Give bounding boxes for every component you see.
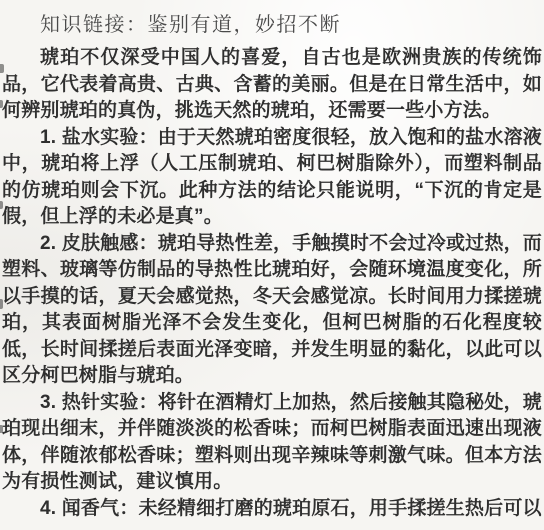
section-heading: 知识链接：鉴别有道，妙招不断 xyxy=(2,10,542,38)
scan-artifact xyxy=(0,64,4,73)
paragraph-skin-touch-test: 2. 皮肤触感：琥珀导热性差，手触摸时不会过冷或过热，而塑料、玻璃等仿制品的导热… xyxy=(2,231,542,390)
scan-artifact xyxy=(0,425,3,433)
paragraph-salt-water-test: 1. 盐水实验：由于天然琥珀密度很轻，放入饱和的盐水溶液中，琥珀将上浮（人工压制… xyxy=(2,125,542,231)
paragraph-smell-test: 4. 闻香气：未经精细打磨的琥珀原石，用手揉搓生热后可以 xyxy=(2,496,542,523)
scan-artifact xyxy=(0,201,3,209)
paragraph-hot-needle-test: 3. 热针实验：将针在酒精灯上加热，然后接触其隐秘处，琥珀现出细末，并伴随淡淡的… xyxy=(2,390,542,496)
document-page: 知识链接：鉴别有道，妙招不断 琥珀不仅深受中国人的喜爱，自古也是欧洲贵族的传统饰… xyxy=(0,0,544,530)
scan-artifact xyxy=(0,299,3,309)
scan-artifact xyxy=(0,100,3,108)
paragraph-intro: 琥珀不仅深受中国人的喜爱，自古也是欧洲贵族的传统饰品，它代表着高贵、古典、含蓄的… xyxy=(2,45,542,125)
